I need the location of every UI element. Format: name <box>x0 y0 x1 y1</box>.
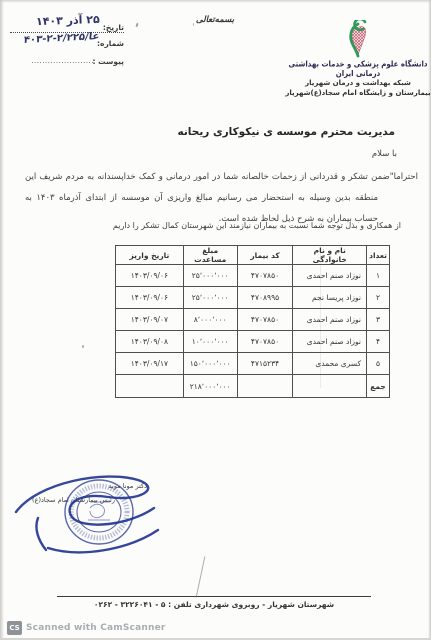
medical-university-logo-icon <box>338 20 378 60</box>
table-row: ۱نوزاد صنم احمدی۴۷۰۷۸۵۰۲۵٬۰۰۰٬۰۰۰۱۴۰۳/۰۹… <box>116 265 390 287</box>
scan-artifact <box>320 250 321 388</box>
recipient-title: مدیریت محترم موسسه ی نیکوکاری ریحانه <box>178 126 396 138</box>
table-cell: ۱۰٬۰۰۰٬۰۰۰ <box>183 331 237 353</box>
table-cell: ۱۵۰٬۰۰۰٬۰۰۰ <box>183 353 237 375</box>
table-cell: ۸٬۰۰۰٬۰۰۰ <box>183 309 237 331</box>
column-header: تاریخ واریز <box>116 246 184 265</box>
hospital-name: بیمارستان و زایشگاه امام سجاد(ع)شهریار <box>284 89 431 97</box>
column-header: کد بیمار <box>237 246 293 265</box>
camscanner-badge-icon: CS <box>7 621 22 635</box>
salutation: با سلام <box>372 149 397 159</box>
table-cell: ۲۱۸٬۰۰۰٬۰۰۰ <box>183 375 237 398</box>
table-cell <box>237 375 293 398</box>
attachment-dots: ....................... <box>31 57 94 65</box>
table-cell: ۴۷۱۵۲۳۴ <box>237 353 293 375</box>
table-cell: نوزاد صنم احمدی <box>293 309 367 331</box>
table-row: ۲نوزاد پریسا نجم۴۷۰۸۹۹۵۲۵٬۰۰۰٬۰۰۰۱۴۰۳/۰۹… <box>116 287 390 309</box>
table-cell: ۳ <box>367 309 390 331</box>
column-header: نام و نام خانوادگی <box>293 246 367 265</box>
health-network-name: شبکه بهداشت و درمان شهریار <box>284 79 431 87</box>
handwritten-date: ۲۵ آذر ۱۴۰۳ <box>36 13 100 28</box>
table-row: ۳نوزاد صنم احمدی۴۷۰۷۸۵۰۸٬۰۰۰٬۰۰۰۱۴۰۳/۰۹/… <box>116 309 390 331</box>
scan-edge <box>0 0 4 640</box>
table-row: ۵کسری محمدی۴۷۱۵۲۳۴۱۵۰٬۰۰۰٬۰۰۰۱۴۰۳/۰۹/۱۷ <box>116 353 390 375</box>
table-cell: ۲۵٬۰۰۰٬۰۰۰ <box>183 287 237 309</box>
date-label: تاریخ: <box>103 23 124 32</box>
table-cell: ۲ <box>367 287 390 309</box>
stamp-and-signature-icon <box>10 462 165 558</box>
attachment-label: پیوست : <box>92 57 124 66</box>
camscanner-watermark: CS Scanned with CamScanner <box>7 621 166 635</box>
aid-table-body: ۱نوزاد صنم احمدی۴۷۰۷۸۵۰۲۵٬۰۰۰٬۰۰۰۱۴۰۳/۰۹… <box>116 265 390 398</box>
table-row: جمع۲۱۸٬۰۰۰٬۰۰۰ <box>116 375 390 398</box>
table-cell: ۱ <box>367 265 390 287</box>
table-cell: ۲۵٬۰۰۰٬۰۰۰ <box>183 265 237 287</box>
footer-rule <box>57 596 371 597</box>
scan-artifact <box>193 23 194 26</box>
table-cell: نوزاد صنم احمدی <box>293 265 367 287</box>
table-cell: ۴۷۰۷۸۵۰ <box>237 265 293 287</box>
table-cell: کسری محمدی <box>293 353 367 375</box>
table-cell: ۴ <box>367 331 390 353</box>
table-cell: ۱۴۰۳/۰۹/۰۷ <box>116 309 184 331</box>
table-cell: ۱۴۰۳/۰۹/۰۸ <box>116 331 184 353</box>
table-cell: ۴۷۰۷۸۵۰ <box>237 309 293 331</box>
scan-artifact <box>196 556 206 597</box>
column-header: تعداد <box>367 246 390 265</box>
letter-meta: تاریخ: ۲۵ آذر ۱۴۰۳ شماره: عا/۲/۲۲۵-۲-۴۰۳… <box>4 16 126 70</box>
aid-payments-table: تعدادنام و نام خانوادگیکد بیمارمبلغ مساع… <box>115 245 390 398</box>
number-label: شماره: <box>97 39 124 48</box>
table-cell: ۱۴۰۳/۰۹/۰۶ <box>116 287 184 309</box>
aid-table-head-row: تعدادنام و نام خانوادگیکد بیمارمبلغ مساع… <box>116 246 390 265</box>
camscanner-watermark-text: Scanned with CamScanner <box>26 623 166 633</box>
table-cell: ۴۷۰۸۹۹۵ <box>237 287 293 309</box>
table-row: ۴نوزاد صنم احمدی۴۷۰۷۸۵۰۱۰٬۰۰۰٬۰۰۰۱۴۰۳/۰۹… <box>116 331 390 353</box>
university-name: دانشگاه علوم پزشکی و خدمات بهداشتی درمان… <box>284 60 431 78</box>
handwritten-number: عا/۲/۲۲۵-۲-۴۰۳ <box>23 31 100 46</box>
table-cell: نوزاد صنم احمدی <box>293 331 367 353</box>
closing-line: از همکاری و بذل توجه شما نسبت به بیماران… <box>113 221 401 230</box>
table-cell: ۵ <box>367 353 390 375</box>
table-cell <box>116 375 184 398</box>
scan-artifact <box>135 23 138 27</box>
column-header: مبلغ مساعدت <box>183 246 237 265</box>
footer-address: شهرستان شهریار - روبروی شهرداری تلفن : ۵… <box>57 600 371 609</box>
table-cell: ۱۴۰۳/۰۹/۱۷ <box>116 353 184 375</box>
signature-block: دکتر مونا موید رئیس بیمارستان امام سجاد(… <box>10 462 165 558</box>
letterhead: دانشگاه علوم پزشکی و خدمات بهداشتی درمان… <box>284 20 431 97</box>
scan-artifact <box>82 345 85 348</box>
table-cell: ۱۴۰۳/۰۹/۰۶ <box>116 265 184 287</box>
scan-edge <box>0 0 431 3</box>
scanned-letter-page: دانشگاه علوم پزشکی و خدمات بهداشتی درمان… <box>0 0 431 640</box>
table-cell <box>293 375 367 398</box>
table-cell: ۴۷۰۷۸۵۰ <box>237 331 293 353</box>
table-cell: نوزاد پریسا نجم <box>293 287 367 309</box>
table-cell: جمع <box>367 375 390 398</box>
